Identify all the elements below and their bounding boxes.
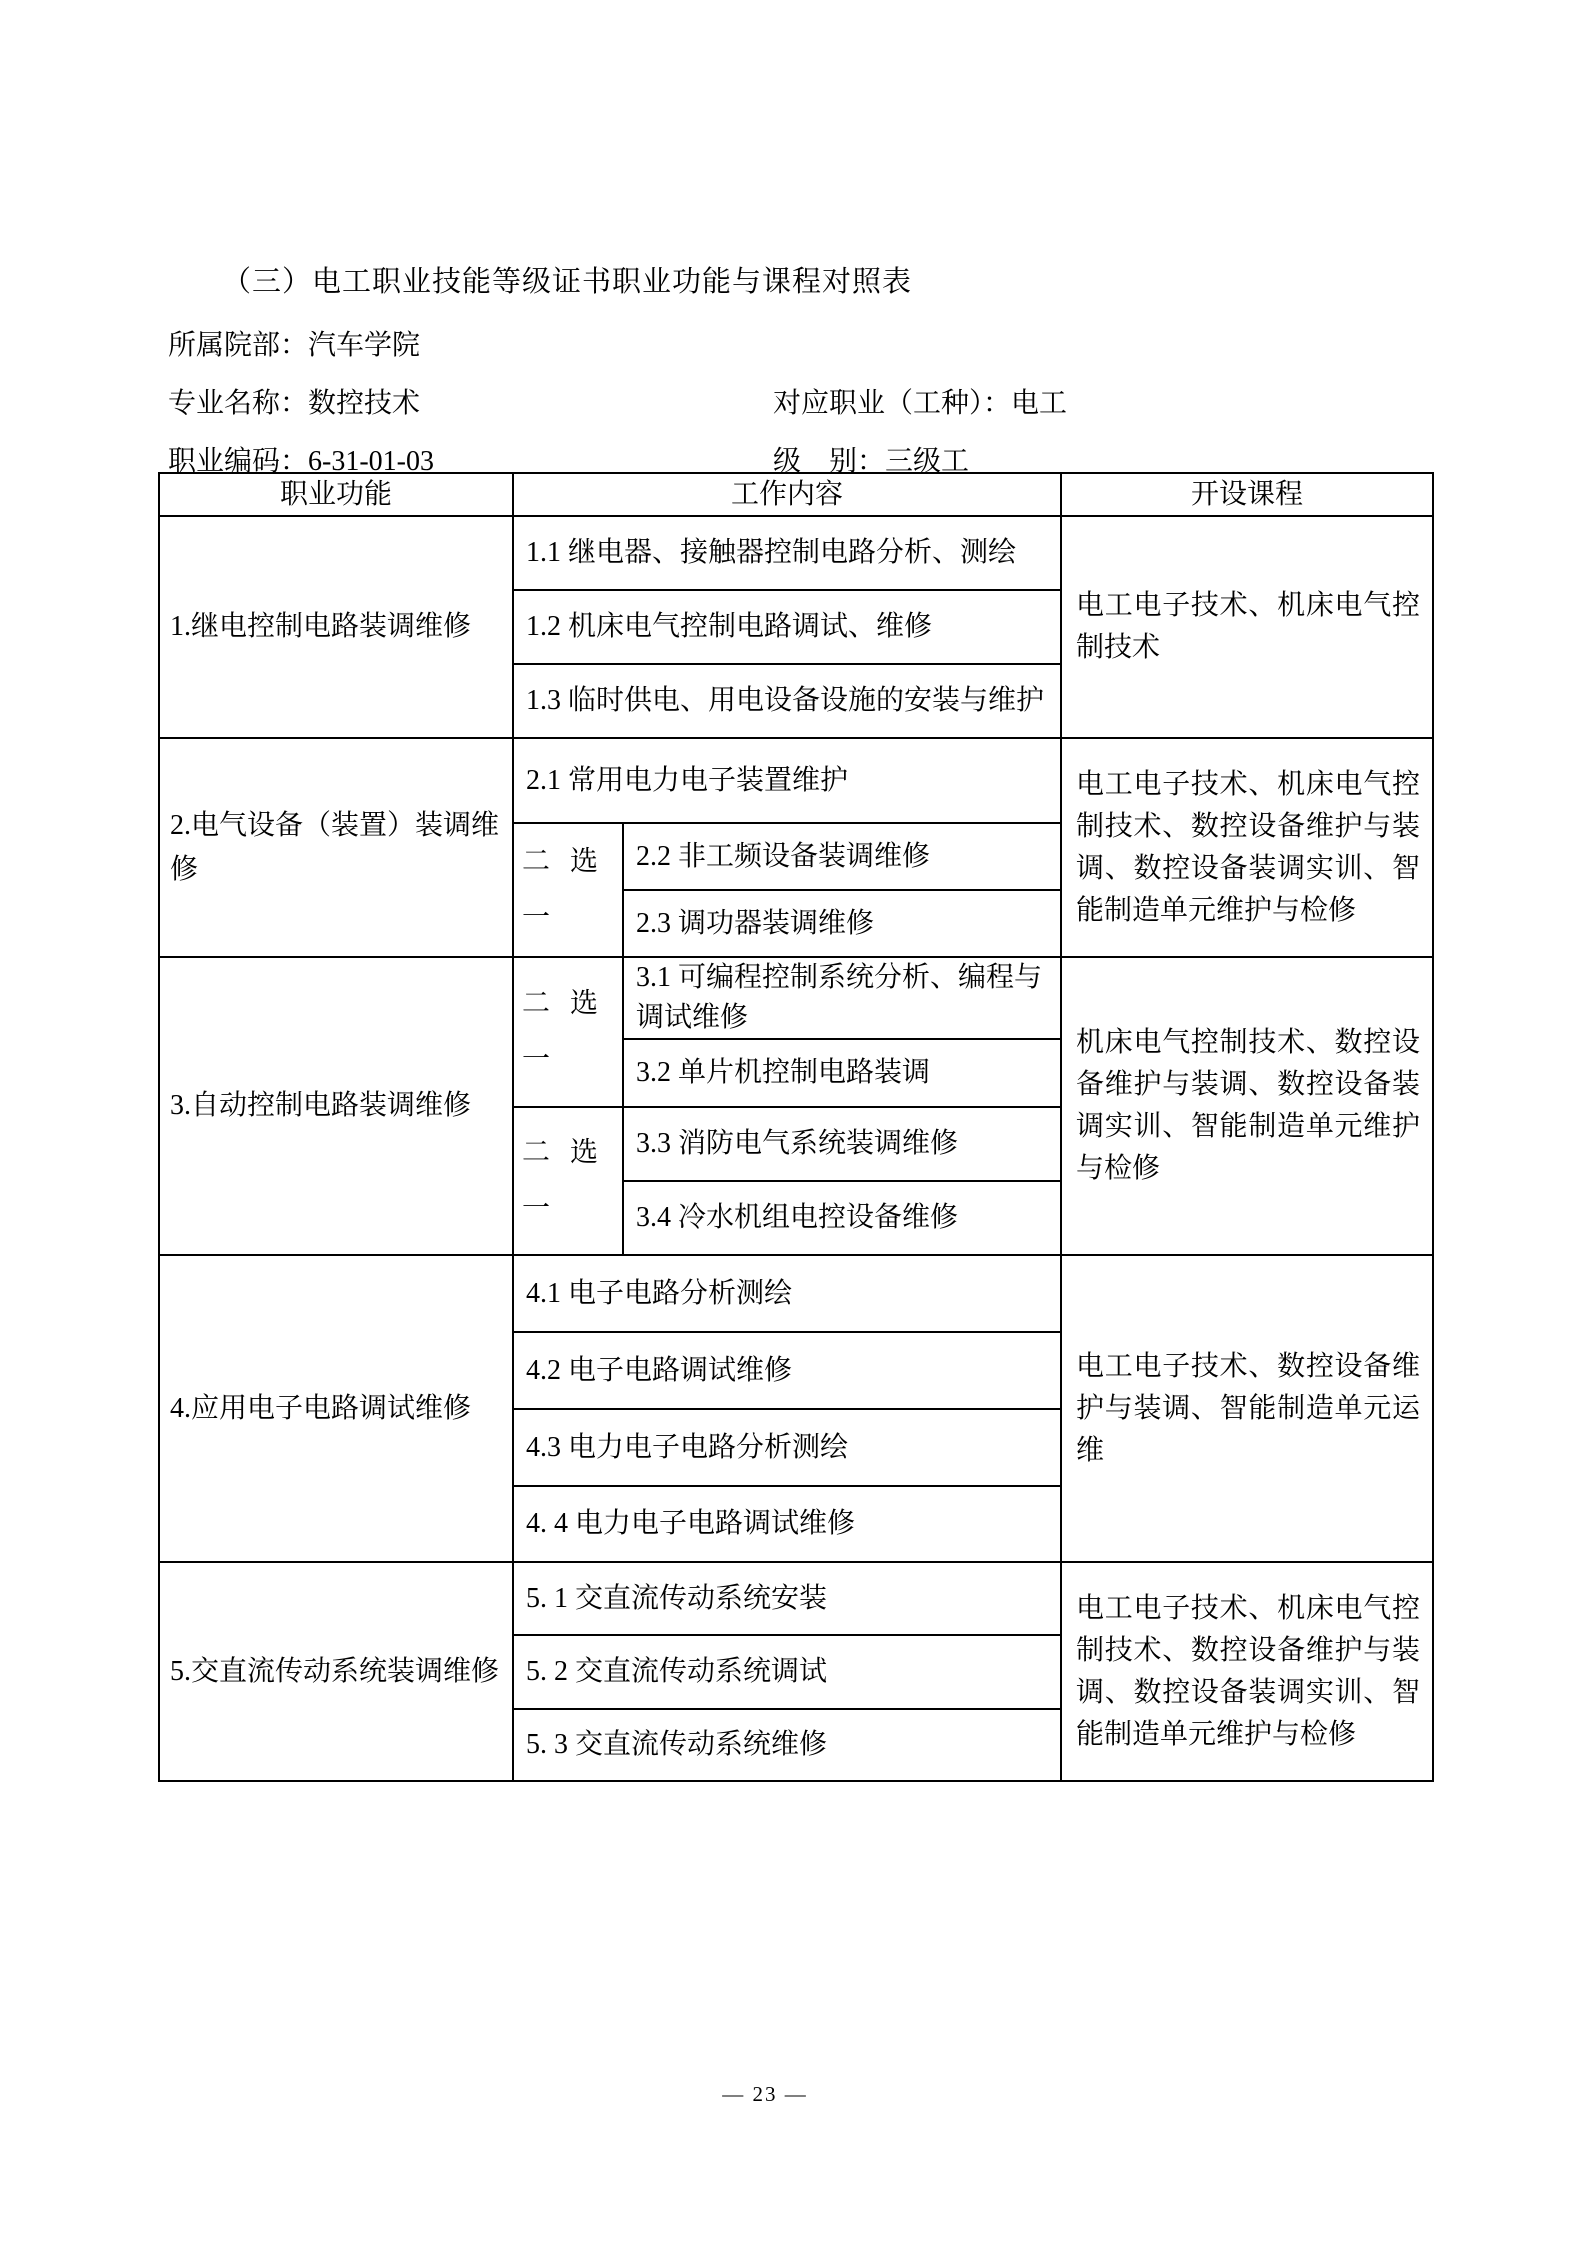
task-cell-2-3: 2.3 调功器装调维修	[623, 890, 1061, 957]
function-cell-1: 1.继电控制电路装调维修	[159, 516, 513, 738]
header-function: 职业功能	[159, 473, 513, 516]
section-title: （三）电工职业技能等级证书职业功能与课程对照表	[222, 264, 912, 300]
function-cell-4: 4.应用电子电路调试维修	[159, 1255, 513, 1562]
task-cell-1-2: 1.2 机床电气控制电路调试、维修	[513, 590, 1061, 664]
department-text: 所属院部：汽车学院	[168, 330, 420, 361]
table-header-row: 职业功能 工作内容 开设课程	[159, 473, 1433, 516]
task-cell-5-3: 5. 3 交直流传动系统维修	[513, 1709, 1061, 1781]
header-courses: 开设课程	[1061, 473, 1433, 516]
task-cell-1-3: 1.3 临时供电、用电设备设施的安装与维护	[513, 664, 1061, 738]
task-cell-3-1: 3.1 可编程控制系统分析、编程与调试维修	[623, 957, 1061, 1039]
function-course-table: 职业功能 工作内容 开设课程 1.继电控制电路装调维修 1.1 继电器、接触器控…	[158, 472, 1434, 1782]
task-cell-4-4: 4. 4 电力电子电路调试维修	[513, 1486, 1061, 1562]
page-number: — 23 —	[0, 2082, 1530, 2107]
task-cell-4-2: 4.2 电子电路调试维修	[513, 1332, 1061, 1409]
occupation-text: 对应职业（工种）：电工	[773, 386, 1067, 422]
task-cell-4-3: 4.3 电力电子电路分析测绘	[513, 1409, 1061, 1486]
function-cell-5: 5.交直流传动系统装调维修	[159, 1562, 513, 1781]
document-page: （三）电工职业技能等级证书职业功能与课程对照表 所属院部：汽车学院 专业名称：数…	[0, 0, 1587, 2245]
task-cell-2-1: 2.1 常用电力电子装置维护	[513, 738, 1061, 823]
task-cell-3-2: 3.2 单片机控制电路装调	[623, 1039, 1061, 1107]
course-cell-1: 电工电子技术、机床电气控制技术	[1061, 516, 1433, 738]
function-cell-2: 2.电气设备（装置）装调维修	[159, 738, 513, 957]
choice-label-cell: 二选一	[513, 1107, 623, 1255]
meta-department: 所属院部：汽车学院	[168, 328, 420, 364]
task-cell-3-3: 3.3 消防电气系统装调维修	[623, 1107, 1061, 1181]
choice-label-cell: 二选一	[513, 957, 623, 1107]
task-cell-5-2: 5. 2 交直流传动系统调试	[513, 1635, 1061, 1709]
task-cell-4-1: 4.1 电子电路分析测绘	[513, 1255, 1061, 1332]
table-row: 5.交直流传动系统装调维修 5. 1 交直流传动系统安装 电工电子技术、机床电气…	[159, 1562, 1433, 1635]
table-row: 3.自动控制电路装调维修 二选一 3.1 可编程控制系统分析、编程与调试维修 机…	[159, 957, 1433, 1039]
function-cell-3: 3.自动控制电路装调维修	[159, 957, 513, 1255]
choice-label-cell: 二选一	[513, 823, 623, 957]
table-row: 1.继电控制电路装调维修 1.1 继电器、接触器控制电路分析、测绘 电工电子技术…	[159, 516, 1433, 590]
task-cell-2-2: 2.2 非工频设备装调维修	[623, 823, 1061, 890]
course-cell-4: 电工电子技术、数控设备维护与装调、智能制造单元运维	[1061, 1255, 1433, 1562]
task-cell-1-1: 1.1 继电器、接触器控制电路分析、测绘	[513, 516, 1061, 590]
task-cell-5-1: 5. 1 交直流传动系统安装	[513, 1562, 1061, 1635]
course-cell-2: 电工电子技术、机床电气控制技术、数控设备维护与装调、数控设备装调实训、智能制造单…	[1061, 738, 1433, 957]
meta-major-line: 专业名称：数控技术 对应职业（工种）：电工	[168, 386, 420, 422]
table-row: 4.应用电子电路调试维修 4.1 电子电路分析测绘 电工电子技术、数控设备维护与…	[159, 1255, 1433, 1332]
task-cell-3-4: 3.4 冷水机组电控设备维修	[623, 1181, 1061, 1255]
course-cell-5: 电工电子技术、机床电气控制技术、数控设备维护与装调、数控设备装调实训、智能制造单…	[1061, 1562, 1433, 1781]
course-cell-3: 机床电气控制技术、数控设备维护与装调、数控设备装调实训、智能制造单元维护与检修	[1061, 957, 1433, 1255]
table-row: 2.电气设备（装置）装调维修 2.1 常用电力电子装置维护 电工电子技术、机床电…	[159, 738, 1433, 823]
header-work-content: 工作内容	[513, 473, 1061, 516]
major-text: 专业名称：数控技术	[168, 388, 420, 419]
